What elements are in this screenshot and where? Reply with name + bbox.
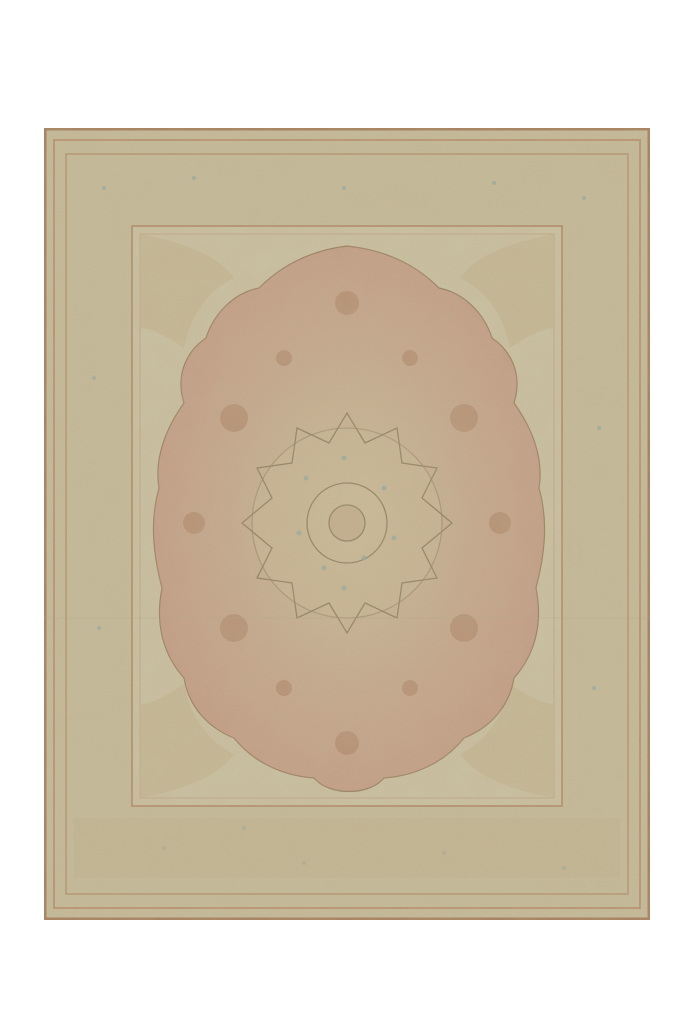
rug-illustration [44,128,650,920]
rug [44,128,650,920]
